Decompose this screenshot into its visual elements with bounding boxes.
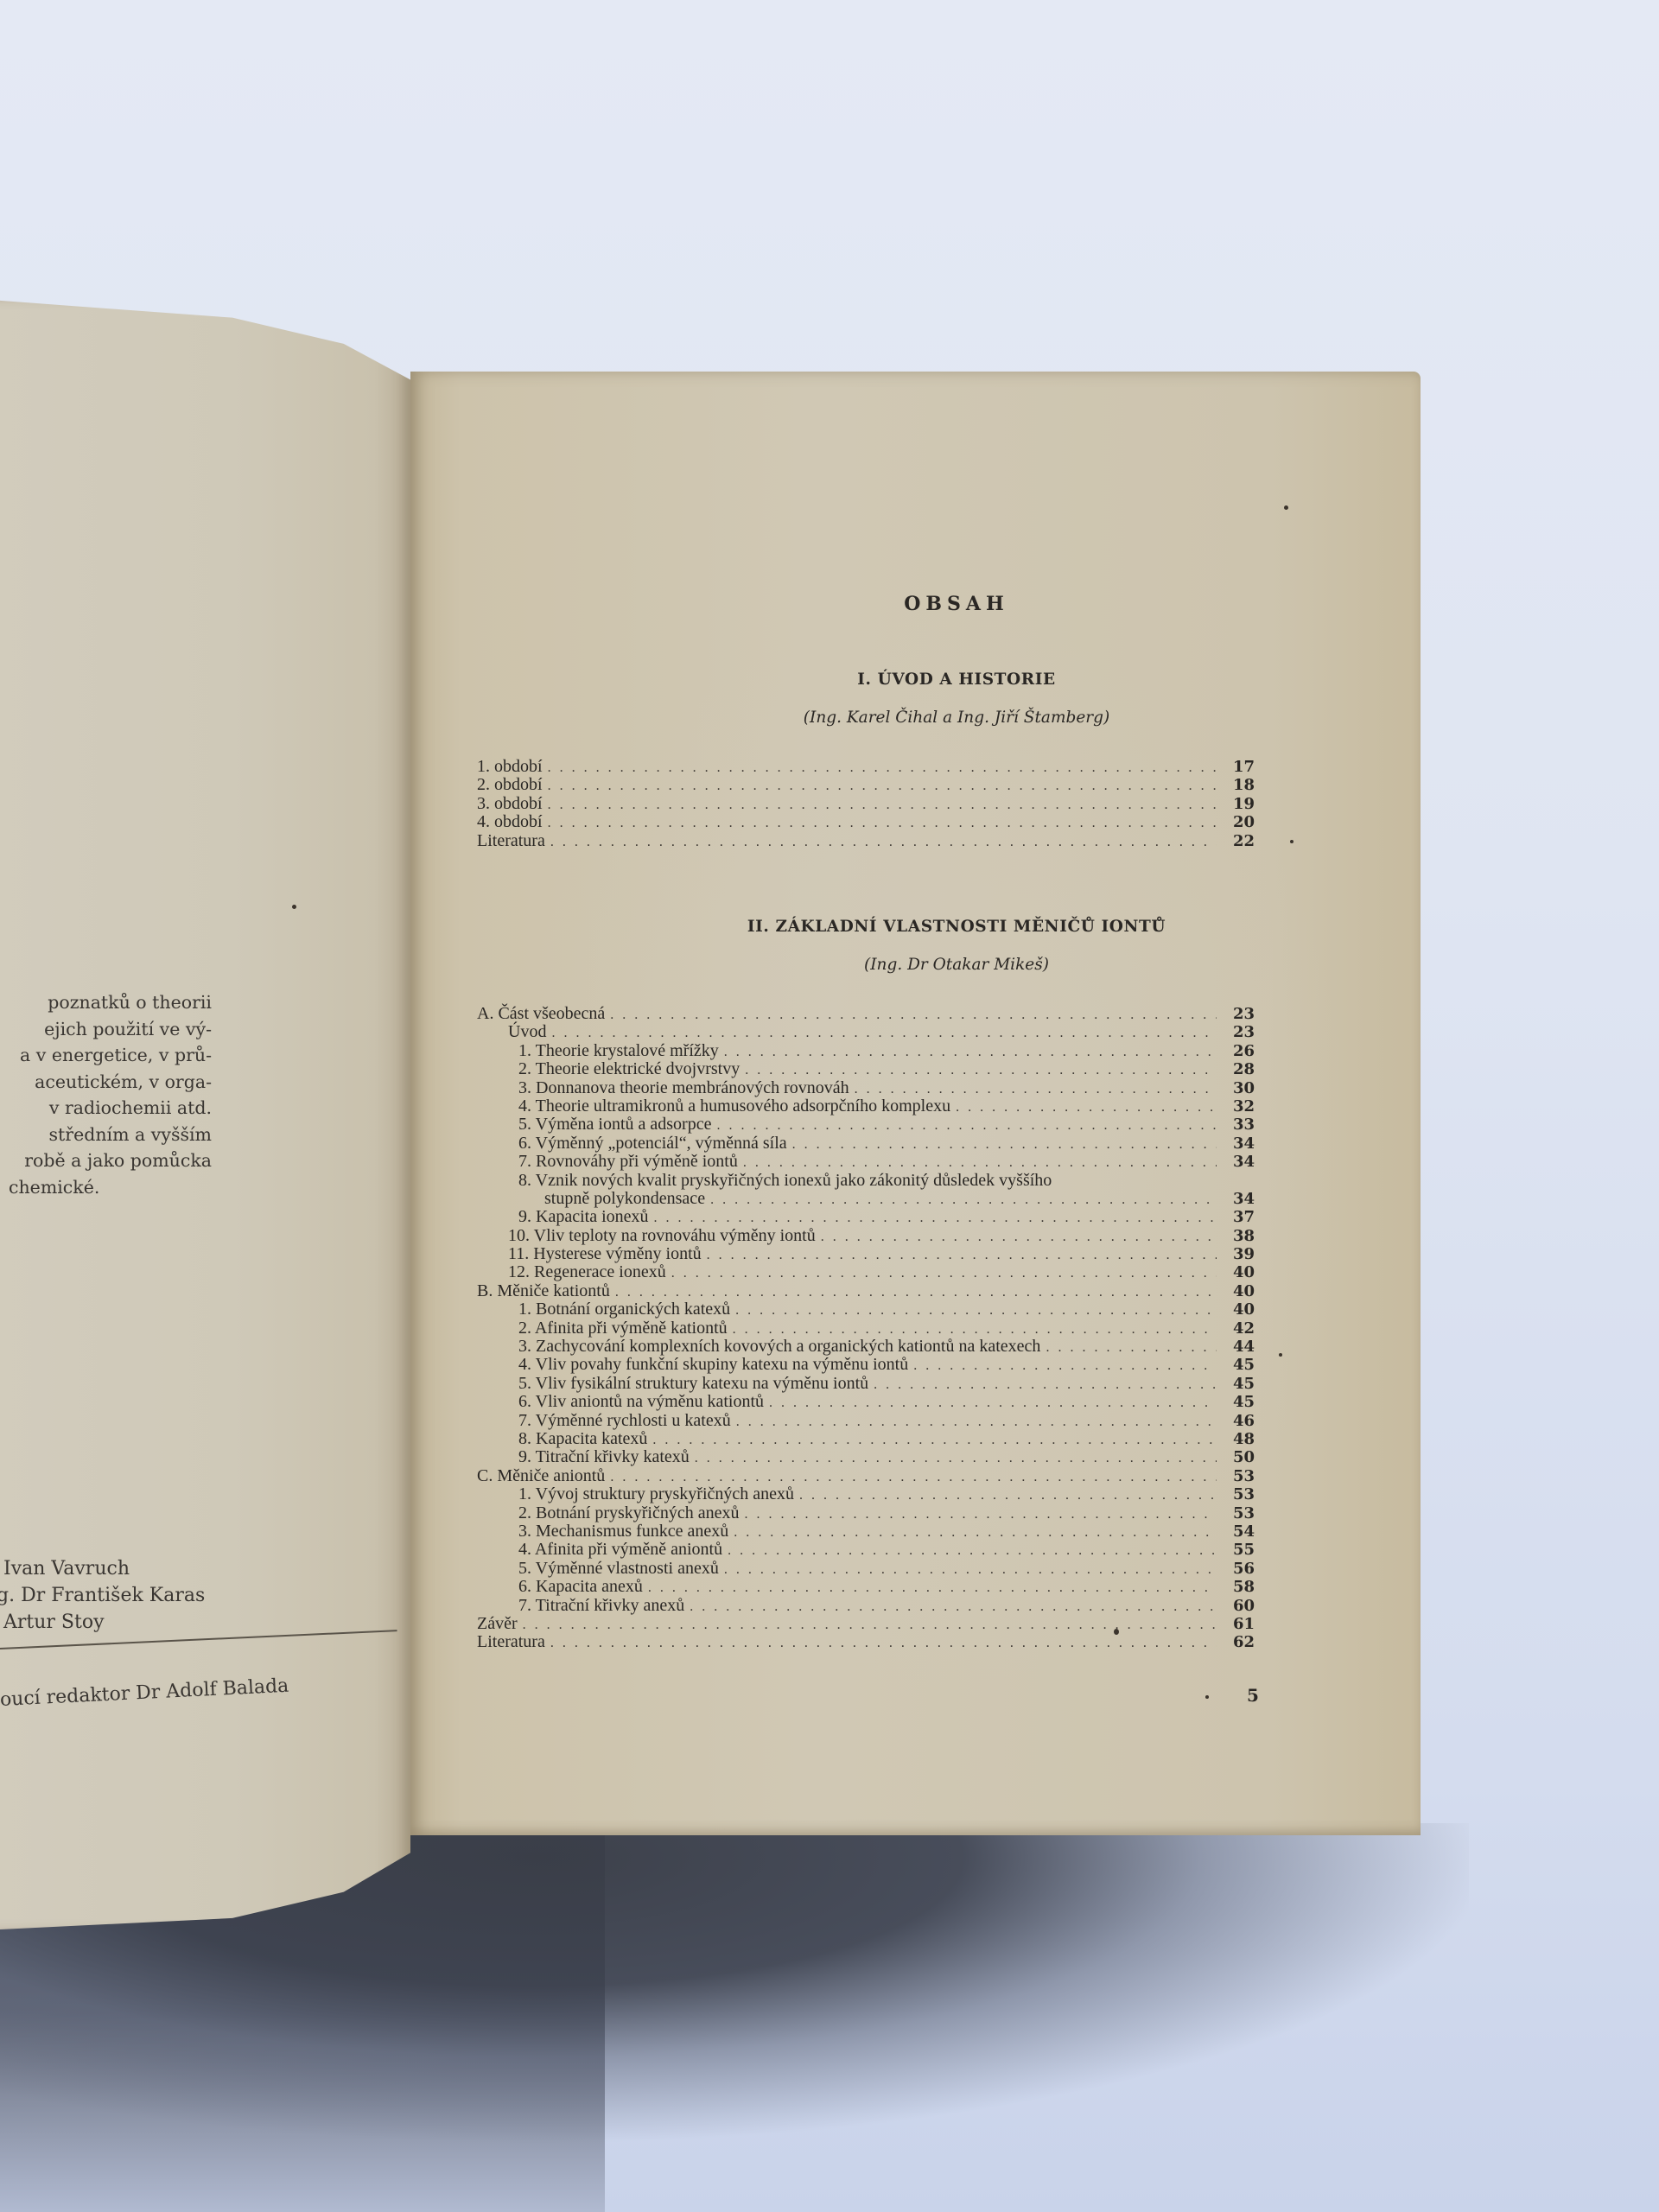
toc-entry[interactable]: 1. Botnání organických katexů40 bbox=[477, 1300, 1255, 1319]
toc-entry-page: 40 bbox=[1217, 1263, 1255, 1281]
leader-dots bbox=[690, 1598, 1217, 1616]
toc-entry-page: 40 bbox=[1217, 1282, 1255, 1300]
section-heading: II. ZÁKLADNÍ VLASTNOSTI MĚNIČŮ IONTŮ bbox=[410, 918, 1421, 936]
toc-entry[interactable]: 4. Theorie ultramikronů a humusového ads… bbox=[477, 1097, 1255, 1116]
contributor-name: g. Dr František Karas bbox=[0, 1582, 205, 1609]
toc-entry-page: 39 bbox=[1217, 1245, 1255, 1263]
leader-dots bbox=[724, 1560, 1217, 1579]
toc-entry-page: 37 bbox=[1217, 1208, 1255, 1226]
toc-entry-label: 6. Výměnný „potenciál“, výměnná síla bbox=[518, 1135, 792, 1153]
toc-entry-page: 34 bbox=[1217, 1190, 1255, 1208]
leader-dots bbox=[855, 1080, 1217, 1098]
toc-entry[interactable]: Úvod23 bbox=[477, 1023, 1255, 1041]
toc-entry-label: 11. Hysterese výměny iontů bbox=[508, 1245, 707, 1263]
toc-entry[interactable]: 7. Titrační křivky anexů60 bbox=[477, 1597, 1255, 1615]
toc-entry-label: 1. Vývoj struktury pryskyřičných anexů bbox=[518, 1485, 799, 1503]
toc-entry-page: 20 bbox=[1217, 813, 1255, 831]
toc-entry[interactable]: Závěr61 bbox=[477, 1615, 1255, 1633]
contributor-names: Ivan Vavruch g. Dr František Karas Artur… bbox=[3, 1555, 205, 1636]
paper-speck bbox=[1114, 1629, 1119, 1635]
toc-entry[interactable]: 2. Afinita při výměně kationtů42 bbox=[477, 1319, 1255, 1338]
toc-entry[interactable]: 5. Výměna iontů a adsorpce33 bbox=[477, 1116, 1255, 1134]
toc-entry-page: 53 bbox=[1217, 1504, 1255, 1522]
paper-speck bbox=[1284, 505, 1288, 510]
leader-dots bbox=[745, 1061, 1217, 1079]
leader-dots bbox=[745, 1505, 1217, 1523]
leader-dots bbox=[716, 1116, 1217, 1135]
leader-dots bbox=[769, 1394, 1217, 1412]
toc-entry[interactable]: 4. Vliv povahy funkční skupiny katexu na… bbox=[477, 1356, 1255, 1374]
toc-entry[interactable]: 1. Vývoj struktury pryskyřičných anexů53 bbox=[477, 1485, 1255, 1503]
toc-entry[interactable]: 3. Donnanova theorie membránových rovnov… bbox=[477, 1079, 1255, 1097]
toc-entry-page: 45 bbox=[1217, 1356, 1255, 1374]
toc-entry[interactable]: 9. Kapacita ionexů37 bbox=[477, 1208, 1255, 1226]
toc-entry-page: 62 bbox=[1217, 1633, 1255, 1651]
toc-entry-label: Literatura bbox=[477, 832, 550, 850]
leader-dots bbox=[695, 1449, 1217, 1467]
toc-entry-label: Úvod bbox=[508, 1023, 551, 1041]
toc-entry-page: 34 bbox=[1217, 1153, 1255, 1171]
leader-dots bbox=[610, 1006, 1217, 1024]
leader-dots bbox=[743, 1154, 1217, 1172]
paragraph-line: ejich použití ve vý- bbox=[0, 1016, 212, 1043]
toc-entry-page: 53 bbox=[1217, 1485, 1255, 1503]
leader-dots bbox=[710, 1191, 1217, 1209]
paragraph-line: chemické. bbox=[0, 1174, 212, 1201]
toc-entry-label: 5. Vliv fysikální struktury katexu na vý… bbox=[518, 1375, 874, 1393]
toc-entry-page: 42 bbox=[1217, 1319, 1255, 1338]
contributor-name: Ivan Vavruch bbox=[3, 1555, 205, 1582]
contributor-name: Artur Stoy bbox=[3, 1609, 205, 1636]
toc-entry[interactable]: 4. období20 bbox=[477, 813, 1255, 831]
toc-entry-label: 4. období bbox=[477, 813, 548, 831]
leader-dots bbox=[652, 1431, 1217, 1449]
toc-entry-label: 1. období bbox=[477, 758, 548, 776]
toc-title: OBSAH bbox=[410, 593, 1421, 615]
toc-entry-page: 58 bbox=[1217, 1578, 1255, 1596]
toc-entry-label: B. Měniče kationtů bbox=[477, 1282, 615, 1300]
toc-entry-page: 55 bbox=[1217, 1541, 1255, 1559]
toc-entry-label: 10. Vliv teploty na rovnováhu výměny ion… bbox=[508, 1227, 821, 1245]
toc-entry[interactable]: 6. Kapacita anexů58 bbox=[477, 1578, 1255, 1596]
leader-dots bbox=[550, 1634, 1217, 1652]
toc-entry-page: 60 bbox=[1217, 1597, 1255, 1615]
toc-entry-label: 5. Výměnné vlastnosti anexů bbox=[518, 1560, 724, 1578]
editor-credit: oucí redaktor Dr Adolf Balada bbox=[0, 1675, 289, 1711]
leader-dots bbox=[736, 1413, 1217, 1431]
toc-entry-label: 4. Vliv povahy funkční skupiny katexu na… bbox=[518, 1356, 913, 1374]
toc-entry-page: 17 bbox=[1217, 758, 1255, 776]
toc-entry[interactable]: 4. Afinita při výměně aniontů55 bbox=[477, 1541, 1255, 1559]
leader-dots bbox=[548, 777, 1217, 795]
toc-entry[interactable]: 1. období17 bbox=[477, 758, 1255, 776]
leader-dots bbox=[548, 814, 1217, 832]
page-number: 5 bbox=[1247, 1685, 1259, 1706]
toc-entry[interactable]: 8. Kapacita katexů48 bbox=[477, 1430, 1255, 1448]
toc-entry-label: 1. Theorie krystalové mřížky bbox=[518, 1042, 724, 1060]
toc-entry-label: Závěr bbox=[477, 1615, 523, 1633]
toc-entry[interactable]: 7. Rovnováhy při výměně iontů34 bbox=[477, 1153, 1255, 1171]
leader-dots bbox=[615, 1283, 1217, 1301]
toc-entry[interactable]: 7. Výměnné rychlosti u katexů46 bbox=[477, 1412, 1255, 1430]
section-heading: I. ÚVOD A HISTORIE bbox=[410, 671, 1421, 689]
toc-entry[interactable]: 3. Mechanismus funkce anexů54 bbox=[477, 1522, 1255, 1541]
left-page: poznatků o theorii ejich použití ve vý- … bbox=[0, 298, 410, 1931]
toc-entry-page: 53 bbox=[1217, 1467, 1255, 1485]
toc-entry[interactable]: Literatura22 bbox=[477, 832, 1255, 850]
leader-dots bbox=[610, 1468, 1217, 1486]
toc-entry[interactable]: B. Měniče kationtů40 bbox=[477, 1282, 1255, 1300]
section-authors: (Ing. Karel Čihal a Ing. Jiří Štamberg) bbox=[410, 709, 1421, 727]
toc-entry-label: 9. Titrační křivky katexů bbox=[518, 1448, 695, 1466]
toc-entry-page: 56 bbox=[1217, 1560, 1255, 1578]
toc-entry-page: 26 bbox=[1217, 1042, 1255, 1060]
toc-entry-continuation[interactable]: stupně polykondensace34 bbox=[477, 1190, 1255, 1208]
paper-speck bbox=[1290, 840, 1294, 843]
toc-entry-page: 61 bbox=[1217, 1615, 1255, 1633]
toc-entry-label: 6. Vliv aniontů na výměnu kationtů bbox=[518, 1393, 769, 1411]
paragraph-line: a v energetice, v prů- bbox=[0, 1042, 212, 1069]
toc-section-2: A. Část všeobecná23 Úvod23 1. Theorie kr… bbox=[477, 1005, 1255, 1652]
toc-entry-label: 12. Regenerace ionexů bbox=[508, 1263, 671, 1281]
toc-entry[interactable]: 2. Theorie elektrické dvojvrstvy28 bbox=[477, 1060, 1255, 1078]
toc-entry-page: 40 bbox=[1217, 1300, 1255, 1319]
toc-entry-label: A. Část všeobecná bbox=[477, 1005, 610, 1023]
paragraph-line: poznatků o theorii bbox=[0, 989, 212, 1016]
toc-entry-page: 45 bbox=[1217, 1375, 1255, 1393]
leader-dots bbox=[548, 796, 1217, 814]
toc-entry-page: 19 bbox=[1217, 795, 1255, 813]
leader-dots bbox=[654, 1209, 1217, 1227]
toc-entry-label: 8. Vznik nových kvalit pryskyřičných ion… bbox=[518, 1172, 1057, 1190]
toc-entry[interactable]: 3. období19 bbox=[477, 795, 1255, 813]
toc-entry-label: 3. Zachycování komplexních kovových a or… bbox=[518, 1338, 1046, 1356]
toc-entry-page: 33 bbox=[1217, 1116, 1255, 1134]
toc-entry[interactable]: A. Část všeobecná23 bbox=[477, 1005, 1255, 1023]
toc-entry-label: stupně polykondensace bbox=[544, 1190, 710, 1208]
leader-dots bbox=[724, 1043, 1217, 1061]
leader-dots bbox=[550, 833, 1217, 851]
leader-dots bbox=[792, 1135, 1217, 1154]
paper-speck bbox=[292, 905, 296, 909]
toc-entry[interactable]: 11. Hysterese výměny iontů39 bbox=[477, 1245, 1255, 1263]
toc-entry[interactable]: 12. Regenerace ionexů40 bbox=[477, 1263, 1255, 1281]
toc-entry-label: 3. Mechanismus funkce anexů bbox=[518, 1522, 734, 1541]
toc-entry-page: 32 bbox=[1217, 1097, 1255, 1116]
toc-entry[interactable]: 2. období18 bbox=[477, 776, 1255, 794]
right-page: OBSAH I. ÚVOD A HISTORIE (Ing. Karel Čih… bbox=[410, 372, 1421, 1835]
leader-dots bbox=[728, 1541, 1217, 1560]
toc-entry-page: 50 bbox=[1217, 1448, 1255, 1466]
toc-entry-label: 7. Rovnováhy při výměně iontů bbox=[518, 1153, 743, 1171]
leader-dots bbox=[523, 1616, 1217, 1634]
toc-section-1: 1. období17 2. období18 3. období19 4. o… bbox=[477, 758, 1255, 850]
toc-entry-label: 7. Titrační křivky anexů bbox=[518, 1597, 690, 1615]
toc-entry-label: 2. období bbox=[477, 776, 548, 794]
paragraph-line: v radiochemii atd. bbox=[0, 1095, 212, 1122]
paper-speck bbox=[1279, 1353, 1282, 1357]
toc-entry[interactable]: 1. Theorie krystalové mřížky26 bbox=[477, 1042, 1255, 1060]
toc-entry-label: 4. Afinita při výměně aniontů bbox=[518, 1541, 728, 1559]
leader-dots bbox=[551, 1024, 1217, 1042]
toc-entry[interactable]: 3. Zachycování komplexních kovových a or… bbox=[477, 1338, 1255, 1356]
paper-speck bbox=[1205, 1695, 1209, 1699]
toc-entry[interactable]: 2. Botnání pryskyřičných anexů53 bbox=[477, 1504, 1255, 1522]
paragraph-line: robě a jako pomůcka bbox=[0, 1147, 212, 1174]
toc-entry[interactable]: 9. Titrační křivky katexů50 bbox=[477, 1448, 1255, 1466]
toc-entry[interactable]: 5. Vliv fysikální struktury katexu na vý… bbox=[477, 1375, 1255, 1393]
toc-entry-page: 30 bbox=[1217, 1079, 1255, 1097]
toc-entry-label: 7. Výměnné rychlosti u katexů bbox=[518, 1412, 736, 1430]
toc-entry-label: 9. Kapacita ionexů bbox=[518, 1208, 654, 1226]
toc-entry-label: 3. období bbox=[477, 795, 548, 813]
toc-entry[interactable]: Literatura62 bbox=[477, 1633, 1255, 1651]
toc-entry-label: 2. Afinita při výměně kationtů bbox=[518, 1319, 733, 1338]
toc-entry-page: 45 bbox=[1217, 1393, 1255, 1411]
leader-dots bbox=[648, 1579, 1217, 1597]
leader-dots bbox=[707, 1246, 1217, 1264]
toc-entry-label: Literatura bbox=[477, 1633, 550, 1651]
toc-entry-label: 5. Výměna iontů a adsorpce bbox=[518, 1116, 716, 1134]
toc-entry[interactable]: 6. Výměnný „potenciál“, výměnná síla34 bbox=[477, 1135, 1255, 1153]
toc-entry-label: 1. Botnání organických katexů bbox=[518, 1300, 735, 1319]
leader-dots bbox=[735, 1301, 1217, 1319]
left-page-paragraph: poznatků o theorii ejich použití ve vý- … bbox=[0, 989, 212, 1200]
toc-entry-label: 3. Donnanova theorie membránových rovnov… bbox=[518, 1079, 855, 1097]
leader-dots bbox=[734, 1523, 1217, 1541]
toc-entry-label: 8. Kapacita katexů bbox=[518, 1430, 652, 1448]
leader-dots bbox=[799, 1486, 1217, 1504]
leader-dots bbox=[733, 1320, 1217, 1338]
toc-entry-page: 23 bbox=[1217, 1005, 1255, 1023]
paragraph-line: aceutickém, v orga- bbox=[0, 1069, 212, 1096]
toc-entry-label: 6. Kapacita anexů bbox=[518, 1578, 648, 1596]
toc-entry-label: 2. Theorie elektrické dvojvrstvy bbox=[518, 1060, 745, 1078]
leader-dots bbox=[1046, 1338, 1217, 1357]
toc-entry-page: 18 bbox=[1217, 776, 1255, 794]
toc-entry-page: 38 bbox=[1217, 1227, 1255, 1245]
toc-entry-page: 48 bbox=[1217, 1430, 1255, 1448]
leader-dots bbox=[548, 759, 1217, 777]
toc-entry-page: 46 bbox=[1217, 1412, 1255, 1430]
toc-entry[interactable]: 8. Vznik nových kvalit pryskyřičných ion… bbox=[477, 1172, 1255, 1190]
toc-entry-page: 23 bbox=[1217, 1023, 1255, 1041]
toc-entry-label: C. Měniče aniontů bbox=[477, 1467, 610, 1485]
leader-dots bbox=[956, 1098, 1217, 1116]
paragraph-line: středním a vyšším bbox=[0, 1122, 212, 1148]
section-authors: (Ing. Dr Otakar Mikeš) bbox=[410, 956, 1421, 974]
toc-entry-page: 54 bbox=[1217, 1522, 1255, 1541]
leader-dots bbox=[671, 1264, 1217, 1282]
toc-entry[interactable]: 5. Výměnné vlastnosti anexů56 bbox=[477, 1560, 1255, 1578]
toc-entry-page: 44 bbox=[1217, 1338, 1255, 1356]
toc-entry-page: 28 bbox=[1217, 1060, 1255, 1078]
toc-entry-label: 2. Botnání pryskyřičných anexů bbox=[518, 1504, 745, 1522]
toc-entry-page: 34 bbox=[1217, 1135, 1255, 1153]
toc-entry-page: 22 bbox=[1217, 832, 1255, 850]
toc-entry[interactable]: 6. Vliv aniontů na výměnu kationtů45 bbox=[477, 1393, 1255, 1411]
toc-entry-label: 4. Theorie ultramikronů a humusového ads… bbox=[518, 1097, 956, 1116]
leader-dots bbox=[913, 1357, 1217, 1375]
leader-dots bbox=[821, 1228, 1217, 1246]
leader-dots bbox=[874, 1376, 1217, 1394]
toc-entry[interactable]: C. Měniče aniontů53 bbox=[477, 1467, 1255, 1485]
toc-entry[interactable]: 10. Vliv teploty na rovnováhu výměny ion… bbox=[477, 1227, 1255, 1245]
